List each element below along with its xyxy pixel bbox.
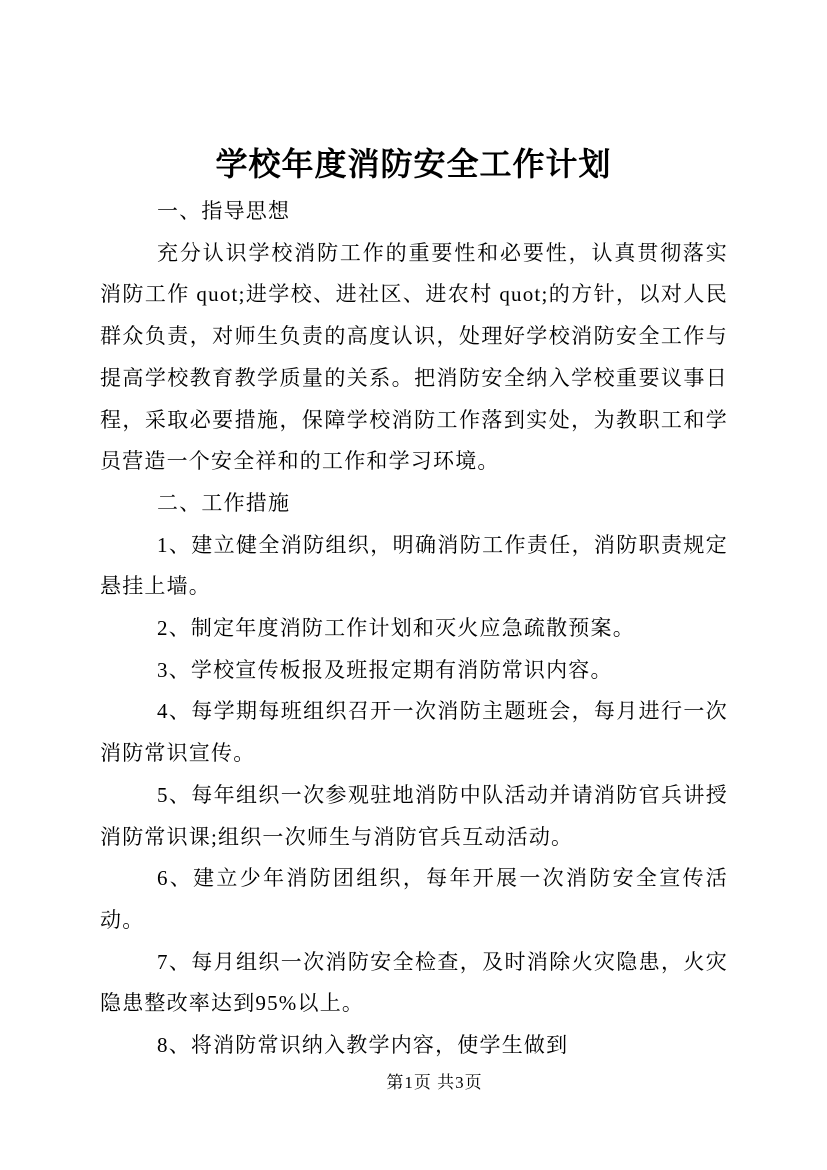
- list-item-6: 3、学校宣传板报及班报定期有消防常识内容。: [100, 650, 728, 692]
- document-body: 一、指导思想充分认识学校消防工作的重要性和必要性，认真贯彻落实消防工作 quot…: [100, 191, 728, 1067]
- list-item-9: 6、建立少年消防团组织，每年开展一次消防安全宣传活动。: [100, 858, 728, 941]
- list-item-4: 1、建立健全消防组织，明确消防工作责任，消防职责规定悬挂上墙。: [100, 525, 728, 608]
- section-heading-1: 一、指导思想: [100, 191, 728, 233]
- list-item-11: 8、将消防常识纳入教学内容，使学生做到: [100, 1025, 728, 1067]
- body-paragraph-2: 充分认识学校消防工作的重要性和必要性，认真贯彻落实消防工作 quot;进学校、进…: [100, 233, 728, 483]
- page-footer: 第1页 共3页: [0, 1070, 827, 1096]
- document-title: 学校年度消防安全工作计划: [0, 142, 827, 186]
- list-item-10: 7、每月组织一次消防安全检查，及时消除火灾隐患，火灾隐患整改率达到95%以上。: [100, 942, 728, 1025]
- document-page: 学校年度消防安全工作计划 一、指导思想充分认识学校消防工作的重要性和必要性，认真…: [0, 0, 827, 1170]
- section-heading-3: 二、工作措施: [100, 483, 728, 525]
- page-number-indicator: 第1页 共3页: [386, 1073, 482, 1092]
- list-item-5: 2、制定年度消防工作计划和灭火应急疏散预案。: [100, 608, 728, 650]
- list-item-8: 5、每年组织一次参观驻地消防中队活动并请消防官兵讲授消防常识课;组织一次师生与消…: [100, 775, 728, 858]
- list-item-7: 4、每学期每班组织召开一次消防主题班会，每月进行一次消防常识宣传。: [100, 691, 728, 774]
